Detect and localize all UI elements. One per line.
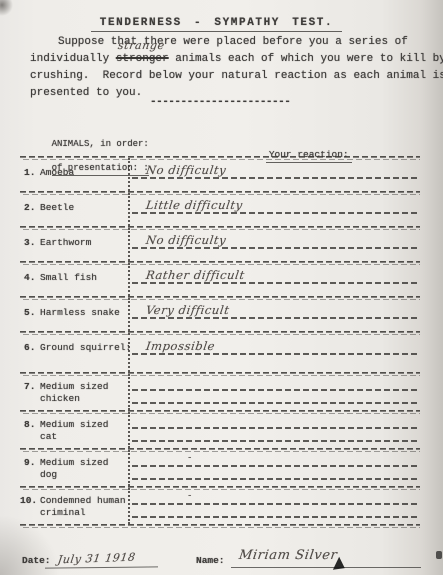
animal-label: Earthworm: [40, 237, 91, 249]
handwritten-correction: strange: [117, 40, 165, 51]
reaction-text: Impossible: [145, 339, 216, 353]
row-separator: [20, 156, 420, 160]
answer-line: [132, 402, 420, 404]
title-row: TENDERNESS - SYMPATHY TEST.: [0, 12, 433, 32]
intro-line-2: individually strongerstrange animals eac…: [30, 51, 422, 68]
scanned-test-form: TENDERNESS - SYMPATHY TEST. Suppose that…: [0, 0, 443, 575]
footer: Date: July 31 1918 Name: Miriam Silver: [0, 548, 443, 575]
answer-line: [132, 478, 420, 480]
struck-word: stronger: [116, 53, 169, 65]
animal-label-line1: Medium sized: [40, 381, 108, 392]
animal-label: Medium sizeddog: [40, 457, 108, 481]
row-number: 3.: [24, 237, 35, 248]
row-number: 1.: [24, 167, 35, 178]
answer-line: [132, 427, 420, 429]
scan-edge-mark: [436, 551, 442, 559]
column-divider: [128, 374, 130, 410]
column-divider: [128, 488, 130, 524]
intro-line2-post: animals each of which you were to kill b…: [169, 53, 443, 65]
row-separator: [20, 486, 420, 490]
row-number: 2.: [24, 202, 35, 213]
animal-label: Condemned humancriminal: [40, 495, 126, 519]
ink-blot: [331, 556, 345, 570]
table-row-3: 3. Earthworm No difficulty: [20, 226, 420, 261]
reaction-table: 1. Amoeba No difficulty 2. Beetle Little…: [20, 156, 420, 528]
animal-label-line2: cat: [40, 431, 108, 443]
animal-label-line2: dog: [40, 469, 108, 481]
animal-label-line1: Medium sized: [40, 419, 108, 430]
reaction-text: -: [187, 452, 193, 463]
page-title: TENDERNESS - SYMPATHY TEST.: [91, 17, 342, 32]
table-row-7: 7. Medium sizedchicken: [20, 372, 420, 410]
date-value: July 31 1918: [57, 551, 137, 567]
answer-line: [132, 389, 420, 391]
intro-paragraph: Suppose that there were placed before yo…: [30, 34, 422, 102]
animal-label: Harmless snake: [40, 307, 120, 319]
left-header-line1: ANIMALS, in order:: [52, 139, 149, 149]
date-label: Date:: [22, 555, 51, 566]
answer-line: [132, 516, 420, 518]
answer-line: [132, 282, 420, 284]
answer-line: [132, 247, 420, 249]
row-number: 4.: [24, 272, 35, 283]
animal-label: Medium sizedcat: [40, 419, 108, 443]
column-divider: [128, 298, 130, 331]
intro-line2-pre: individually: [30, 53, 116, 65]
answer-line: [132, 440, 420, 442]
answer-line: [132, 353, 420, 355]
table-row-8: 8. Medium sizedcat: [20, 410, 420, 448]
column-divider: [128, 193, 130, 226]
reaction-text: Very difficult: [145, 303, 230, 317]
animal-label-line2: chicken: [40, 393, 108, 405]
column-divider: [128, 450, 130, 486]
intro-line-3: crushing. Record below your natural reac…: [30, 68, 422, 85]
animal-label: Ground squirrel:: [40, 342, 131, 354]
column-divider: [128, 263, 130, 296]
table-row-9: 9. Medium sizeddog -: [20, 448, 420, 486]
row-number: 8.: [24, 419, 35, 430]
intro-line-1: Suppose that there were placed before yo…: [30, 34, 422, 51]
reaction-text: No difficulty: [145, 233, 227, 247]
dashed-rule: -----------------------: [150, 96, 290, 108]
row-separator: [20, 191, 420, 195]
row-separator: [20, 331, 420, 335]
answer-line: [132, 177, 420, 179]
row-number: 10.: [20, 495, 37, 506]
answer-line: [132, 465, 420, 467]
table-row-4: 4. Small fish Rather difficult: [20, 261, 420, 296]
name-label: Name:: [196, 555, 225, 566]
animal-label-line2: criminal: [40, 507, 126, 519]
name-underline: [231, 567, 421, 568]
table-row-6: 6. Ground squirrel: Impossible: [20, 331, 420, 372]
animal-label-line1: Medium sized: [40, 457, 108, 468]
animal-label: Medium sizedchicken: [40, 381, 108, 405]
reaction-text: -: [187, 490, 193, 501]
reaction-text: Little difficulty: [145, 198, 244, 212]
row-number: 7.: [24, 381, 35, 392]
answer-line: [132, 503, 420, 505]
column-divider: [128, 158, 130, 191]
animal-label: Amoeba: [40, 167, 74, 179]
answer-line: [132, 212, 420, 214]
animal-label: Small fish: [40, 272, 97, 284]
column-divider: [128, 333, 130, 372]
row-number: 9.: [24, 457, 35, 468]
row-separator: [20, 524, 420, 528]
row-separator: [20, 410, 420, 414]
table-row-10: 10. Condemned humancriminal -: [20, 486, 420, 524]
row-separator: [20, 226, 420, 230]
row-separator: [20, 296, 420, 300]
row-number: 6.: [24, 342, 35, 353]
reaction-text: Rather difficult: [145, 268, 246, 282]
row-separator: [20, 372, 420, 376]
reaction-text: No difficulty: [145, 163, 227, 177]
column-divider: [128, 228, 130, 261]
column-divider: [128, 412, 130, 448]
name-value: Miriam Silver: [238, 548, 338, 563]
row-separator: [20, 448, 420, 452]
answer-line: [132, 317, 420, 319]
row-separator: [20, 261, 420, 265]
animal-label-line1: Condemned human: [40, 495, 126, 506]
row-number: 5.: [24, 307, 35, 318]
date-underline: [45, 566, 158, 568]
struck-word-wrap: strongerstrange: [116, 51, 169, 68]
animal-label: Beetle: [40, 202, 74, 214]
table-row-5: 5. Harmless snake Very difficult: [20, 296, 420, 331]
table-row-1: 1. Amoeba No difficulty: [20, 156, 420, 191]
table-row-2: 2. Beetle Little difficulty: [20, 191, 420, 226]
table-bottom-separator: [20, 524, 420, 528]
